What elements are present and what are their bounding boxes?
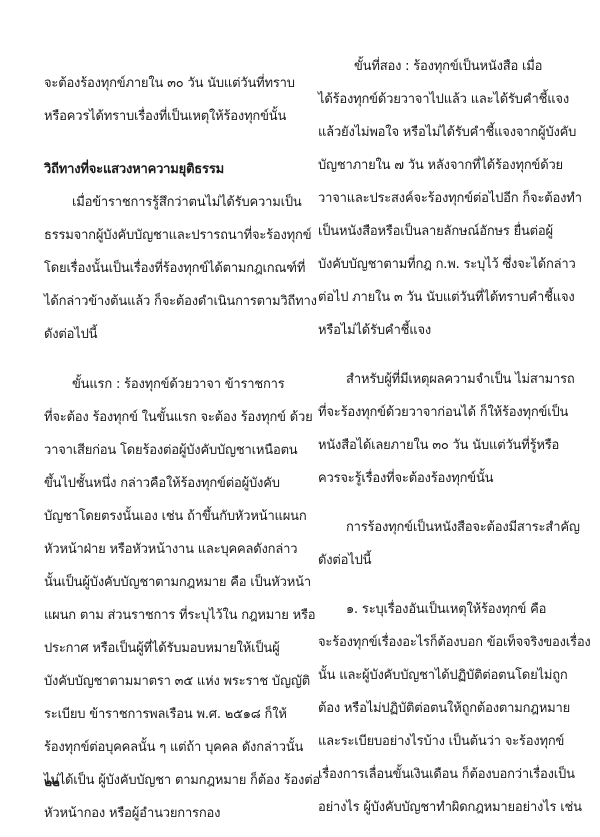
text-line: โดยเรื่องนั้นเป็นเรื่องที่ร้องทุกข์ได้ตา… <box>44 257 306 281</box>
text-line: ขึ้นไปชั้นหนึ่ง กล่าวคือให้ร้องทุกข์ต่อผ… <box>44 472 306 496</box>
text-line: บัญชาโดยตรงนั้นเอง เช่น ถ้าขึ้นกับหัวหน้… <box>44 505 306 529</box>
text-line: ควรจะรู้เรื่องที่จะต้องร้องทุกข์นั้น <box>318 467 580 491</box>
text-line: แผนก ตาม ส่วนราชการ ที่ระบุไว้ใน กฎหมาย … <box>44 604 306 628</box>
text-line: วาจาและประสงค์จะร้องทุกข์ต่อไปอีก ก็จะต้… <box>318 187 580 211</box>
text-line: สำหรับผู้ที่มีเหตุผลความจำเป็น ไม่สามารถ <box>318 368 580 392</box>
text-line: ต้อง หรือไม่ปฏิบัติต่อตนให้ถูกต้องตามกฎห… <box>318 697 580 721</box>
text-line: หรือควรได้ทราบเรื่องที่เป็นเหตุให้ร้องทุ… <box>44 105 306 129</box>
text-line: หนังสือได้เลยภายใน ๓๐ วัน นับแต่วันที่รู… <box>318 434 580 458</box>
text-line: แล้วยังไม่พอใจ หรือไม่ได้รับคำชี้แจงจากผ… <box>318 121 580 145</box>
text-line: เรื่องการเลื่อนขั้นเงินเดือน ก็ต้องบอกว่… <box>318 763 580 787</box>
text-line: ธรรมจากผู้บังคับบัญชาและปรารถนาที่จะร้อง… <box>44 224 306 248</box>
text-line: ไม่ได้เป็น ผู้บังคับบัญชา ตามกฎหมาย ก็ต้… <box>44 769 306 793</box>
text-line: นั้นเป็นผู้บังคับบัญชาตามกฎหมาย คือ เป็น… <box>44 571 306 595</box>
text-line: บัญชาภายใน ๗ วัน หลังจากที่ได้ร้องทุกข์ด… <box>318 154 580 178</box>
text-line: ได้ร้องทุกข์ด้วยวาจาไปแล้ว และได้รับคำชี… <box>318 88 580 112</box>
text-line: หรือไม่ได้รับคำชี้แจง <box>318 319 580 343</box>
text-line: เป็นหนังสือหรือเป็นลายลักษณ์อักษร ยื่นต่… <box>318 220 580 244</box>
text-line: จะต้องร้องทุกข์ภายใน ๓๐ วัน นับแต่วันที่… <box>44 72 306 96</box>
text-line: หัวหน้าฝ่าย หรือหัวหน้างาน และบุคคลดังกล… <box>44 538 306 562</box>
text-line: เมื่อข้าราชการรู้สึกว่าตนไม่ได้รับความเป… <box>44 191 306 215</box>
text-line: บังคับบัญชาตามที่กฎ ก.พ. ระบุไว้ ซึ่งจะไ… <box>318 253 580 277</box>
text-line: หัวหน้ากอง หรือผู้อำนวยการกอง <box>44 802 306 826</box>
text-line: บังคับบัญชาตามมาตรา ๓๕ แห่ง พระราช บัญญั… <box>44 670 306 694</box>
text-line: ระเบียบ ข้าราชการพลเรือน พ.ศ. ๒๕๑๘ ก็ให้ <box>44 703 306 727</box>
text-line: วาจาเสียก่อน โดยร้องต่อผู้บังคับบัญชาเหน… <box>44 439 306 463</box>
text-line: ๑. ระบุเรื่องอันเป็นเหตุให้ร้องทุกข์ คือ <box>318 598 580 622</box>
text-line: ดังต่อไปนี้ <box>44 323 306 347</box>
document-page: จะต้องร้องทุกข์ภายใน ๓๐ วัน นับแต่วันที่… <box>0 0 600 837</box>
text-line: ดังต่อไปนี้ <box>318 549 580 573</box>
page-number: ๒๒ <box>44 773 60 792</box>
text-line: และระเบียบอย่างไรบ้าง เป็นต้นว่า จะร้องท… <box>318 730 580 754</box>
text-line: การร้องทุกข์เป็นหนังสือจะต้องมีสาระสำคัญ <box>318 516 580 540</box>
text-line: ร้องทุกข์ต่อบุคคลนั้น ๆ แต่ถ้า บุคคล ดัง… <box>44 736 306 760</box>
text-line: ต่อไป ภายใน ๓ วัน นับแต่วันที่ได้ทราบคำช… <box>318 286 580 310</box>
text-line: ขั้นแรก : ร้องทุกข์ด้วยวาจา ข้าราชการ <box>44 373 306 397</box>
text-line: นั้น และผู้บังคับบัญชาได้ปฏิบัติต่อตนโดย… <box>318 664 580 688</box>
text-line: จะร้องทุกข์เรื่องอะไรก็ต้องบอก ข้อเท็จจร… <box>318 631 580 655</box>
text-line: ที่จะร้องทุกข์ด้วยวาจาก่อนได้ ก็ให้ร้องท… <box>318 401 580 425</box>
section-heading: วิถีทางที่จะแสวงหาความยุติธรรม <box>44 158 306 182</box>
text-line: ที่จะต้อง ร้องทุกข์ ในขั้นแรก จะต้อง ร้อ… <box>44 406 306 430</box>
text-line: ประกาศ หรือเป็นผู้ที่ได้รับมอบหมายให้เป็… <box>44 637 306 661</box>
text-line: อย่างไร ผู้บังคับบัญชาทำผิดกฎหมายอย่างไร… <box>318 796 580 820</box>
text-line: ขั้นที่สอง : ร้องทุกข์เป็นหนังสือ เมื่อ <box>318 55 580 79</box>
text-line: ได้กล่าวข้างต้นแล้ว ก็จะต้องดำเนินการตาม… <box>44 290 306 314</box>
